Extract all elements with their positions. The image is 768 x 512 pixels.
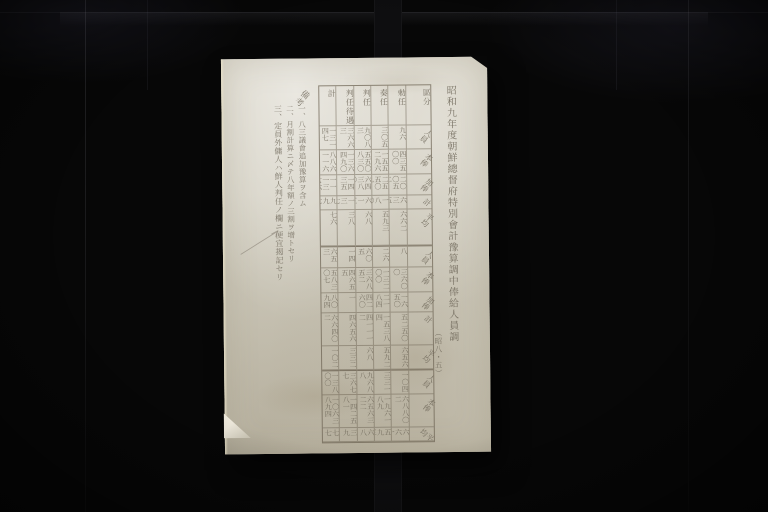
photo-backdrop: 昭和九年度朝鮮總督府特別會計豫算調中俸給人員調 （昭八・五） 備考 一、八三議會… <box>0 0 768 512</box>
photo-vignette <box>0 0 768 512</box>
